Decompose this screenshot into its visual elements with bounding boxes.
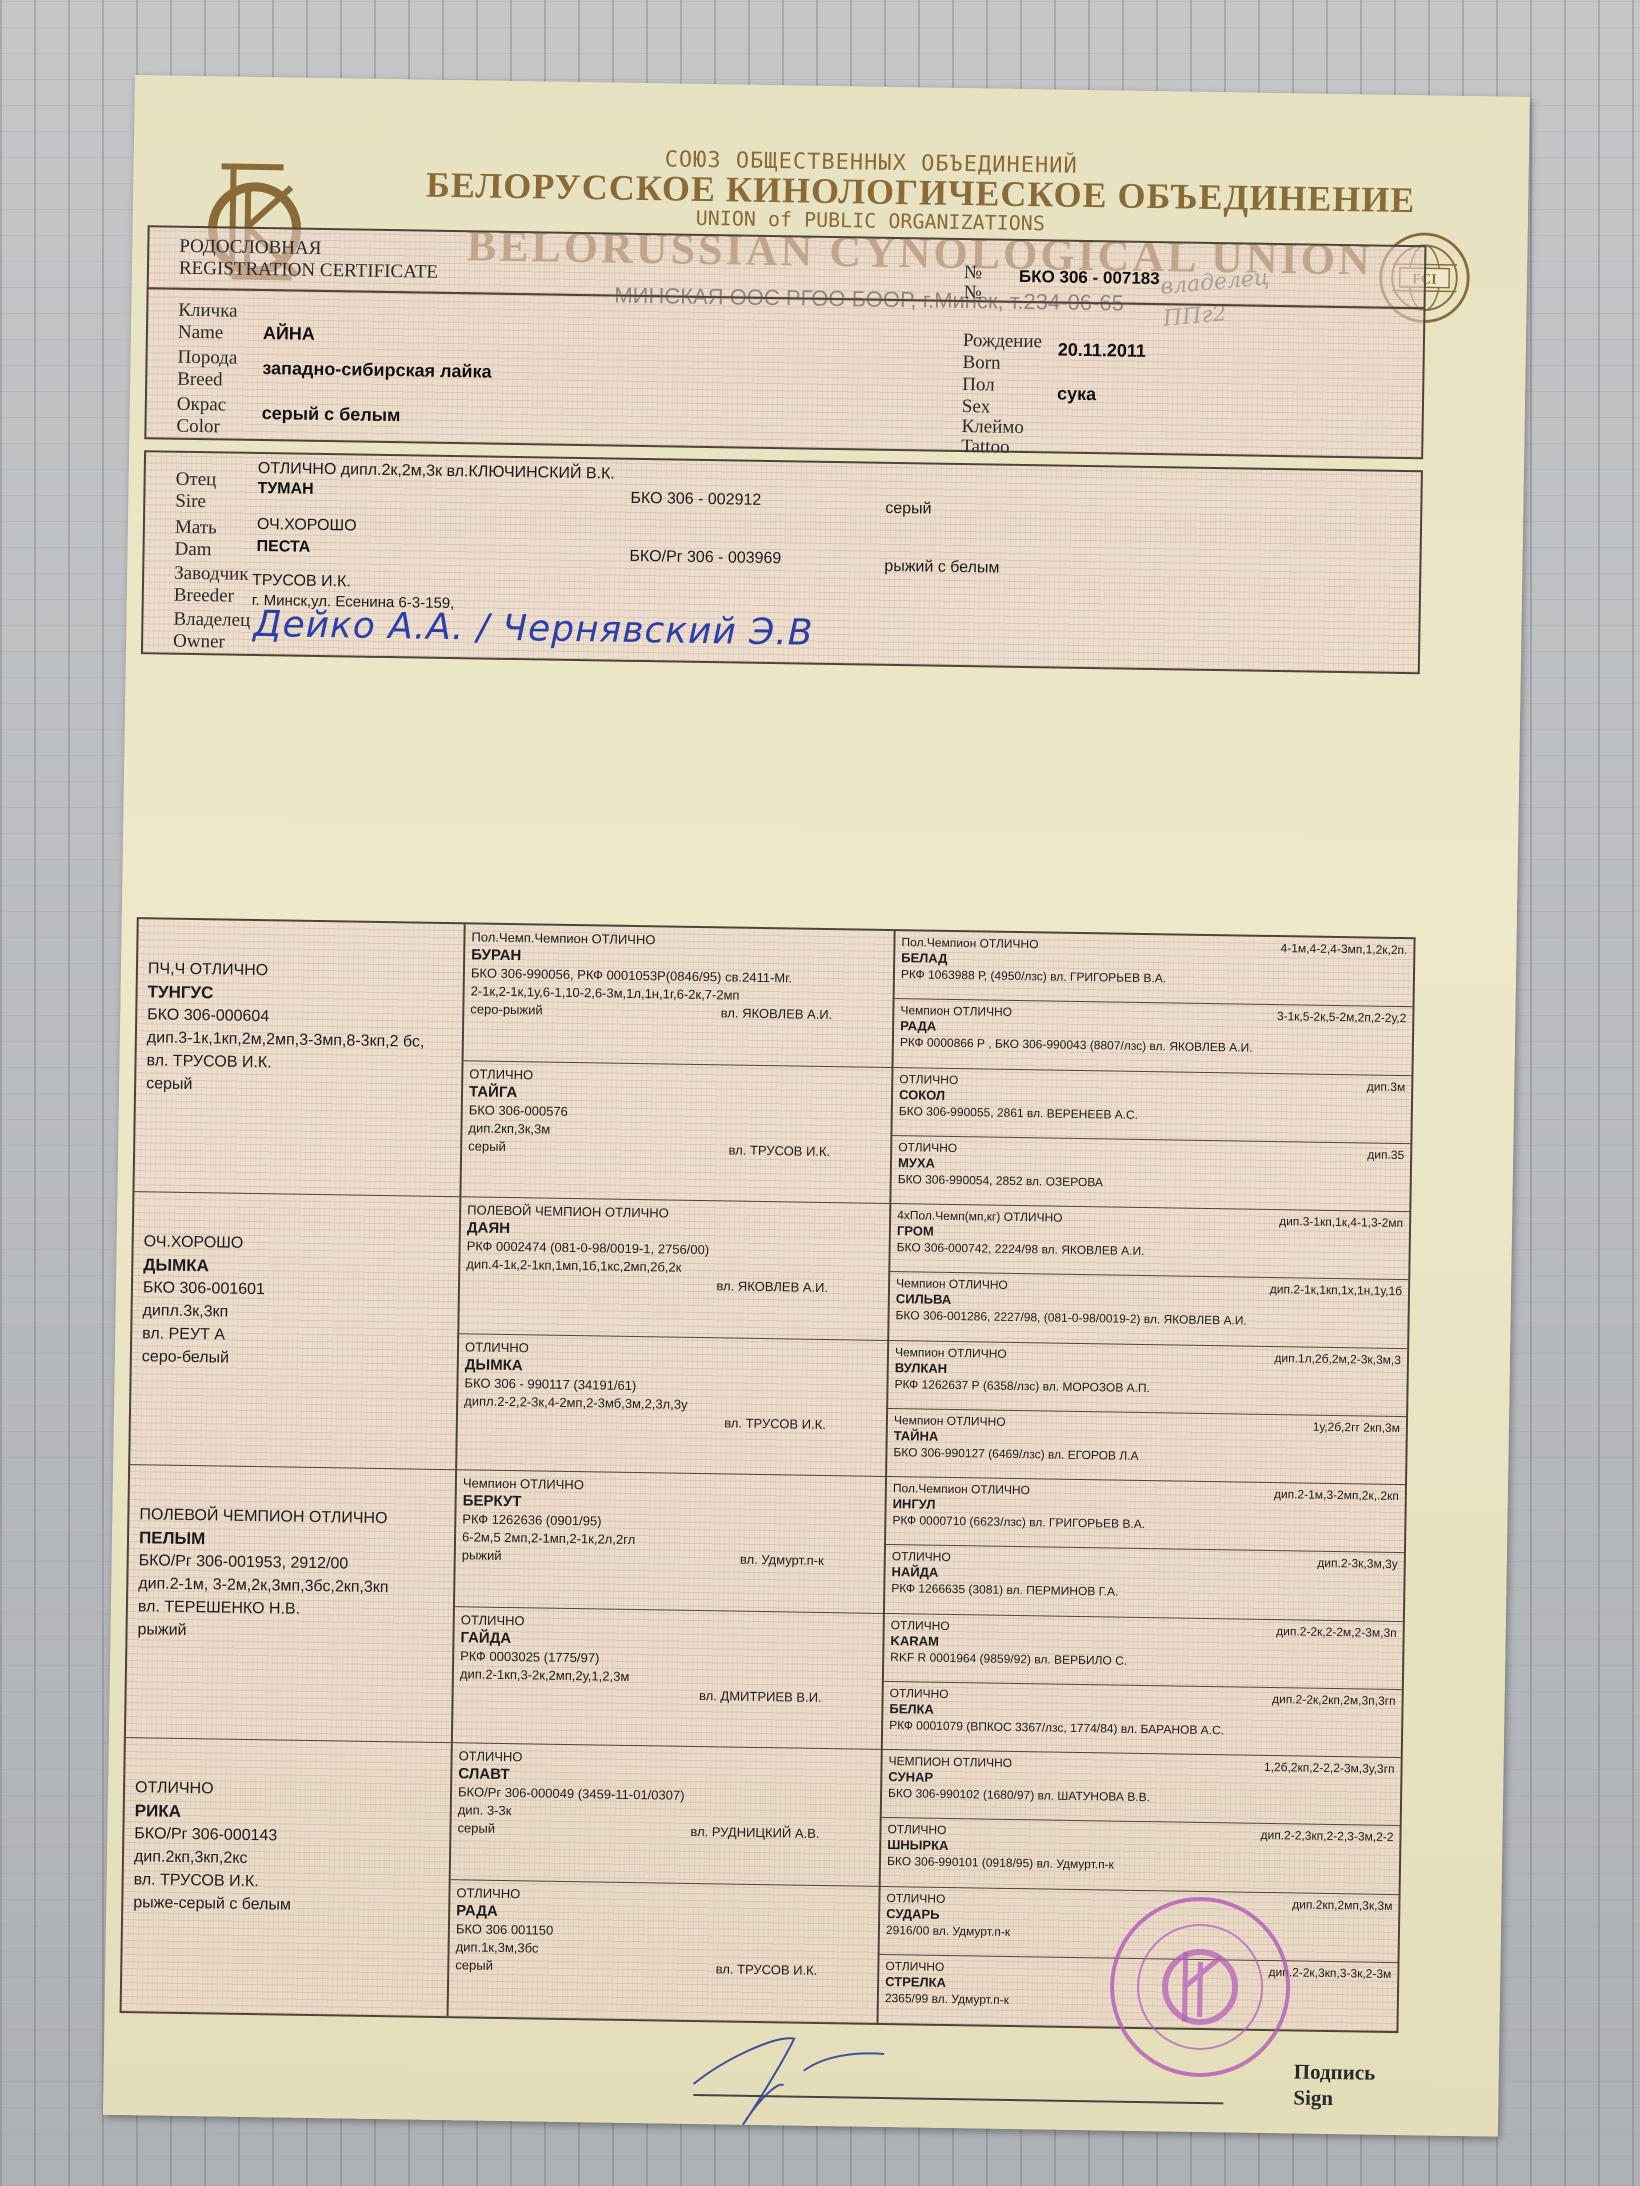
- pedigree-grandparent: ОТЛИЧНО РАДА БКО 306 001150 дип.1к,3м,3б…: [447, 1880, 879, 2023]
- pedigree-great-grandparent: 4хПол.Чемп(мп,кг) ОТЛИЧНОдип.3-1кп,1к,4-…: [888, 1204, 1409, 1280]
- pedigree-great-grandparent: Чемпион ОТЛИЧНО1у,2б,2гг 2кп,3мТАЙНАБКО …: [885, 1409, 1406, 1485]
- pedigree-great-grandparent: ОТЛИЧНОдип.3мСОКОЛБКО 306-990055, 2861 в…: [890, 1068, 1411, 1144]
- pedigree-parent: ОЧ.ХОРОШО ДЫМКА БКО 306-001601 дипл.3к,3…: [130, 1192, 459, 1470]
- dog-birth-date: 20.11.2011: [1058, 340, 1146, 362]
- dam-reg: БКО/Рг 306 - 003969: [629, 548, 781, 568]
- sign-label: Подпись Sign: [1293, 2058, 1375, 2111]
- dog-color: серый с белым: [262, 403, 401, 426]
- dog-breed: западно-сибирская лайка: [262, 358, 492, 383]
- pedigree-great-grandparent: Чемпион ОТЛИЧНОдип.2-1к,1кп,1х,1н,1у,1бС…: [887, 1272, 1408, 1349]
- breeder-name: ТРУСОВ И.К.: [252, 572, 351, 592]
- certificate-footer: Подпись Sign: [103, 2015, 1499, 2137]
- pedigree-grandparent: ПОЛЕВОЙ ЧЕМПИОН ОТЛИЧНО ДАЯН РКФ 0002474…: [457, 1197, 889, 1341]
- dog-sex: сука: [1057, 384, 1096, 406]
- pedigree-grandparent: ОТЛИЧНО ТАЙГА БКО 306-000576 дип.2кп,3к,…: [459, 1061, 891, 1204]
- dam-color: рыжий с белым: [884, 558, 999, 578]
- dog-info-box: Кличка Name АЙНА Порода Breed западно-си…: [144, 287, 1425, 459]
- pedigree-table: ПЧ,Ч ОТЛИЧНО ТУНГУС БКО 306-000604 дип.3…: [120, 917, 1416, 2033]
- pedigree-great-grandparent: Пол.Чемпион ОТЛИЧНОдип.2-1м,3-2мп,2к,.2к…: [884, 1477, 1405, 1553]
- pedigree-grandparent: ОТЛИЧНО СЛАВТ БКО/Рг 306-000049 (3459-11…: [449, 1743, 881, 1887]
- owner-handwritten: Дейко А.А. / Чернявский Э.В: [253, 604, 814, 654]
- dam-name: ПЕСТА: [256, 538, 310, 557]
- title-en: REGISTRATION CERTIFICATE: [179, 258, 438, 284]
- pedigree-great-grandparent: ОТЛИЧНОдип.2-2к,2кп,2м,3п,3гпБЕЛКАРКФ 00…: [881, 1682, 1402, 1758]
- certificate-number: БКО 306 - 007183: [1019, 267, 1160, 289]
- pedigree-col-grandparents: Пол.Чемп.Чемпион ОТЛИЧНО БУРАН БКО 306-9…: [447, 924, 896, 2023]
- pedigree-parent: ПЧ,Ч ОТЛИЧНО ТУНГУС БКО 306-000604 дип.3…: [134, 919, 463, 1197]
- pedigree-great-grandparent: ОТЛИЧНОдип.2-2к,2-2м,2-3м,3пKARAMRKF R 0…: [882, 1614, 1403, 1690]
- signature-icon: [683, 2029, 905, 2132]
- pedigree-great-grandparent: Чемпион ОТЛИЧНО3-1к,5-2к,5-2м,2п,2-2у,2Р…: [891, 999, 1412, 1076]
- pedigree-grandparent: ОТЛИЧНО ДЫМКА БКО 306 - 990117 (34191/61…: [455, 1334, 887, 1477]
- pedigree-col-great-grandparents: Пол.Чемпион ОТЛИЧНО4-1м,4-2,4-3мп,1,2к,2…: [876, 931, 1413, 2031]
- pedigree-col-parents: ПЧ,Ч ОТЛИЧНО ТУНГУС БКО 306-000604 дип.3…: [122, 919, 466, 2016]
- pedigree-great-grandparent: Чемпион ОТЛИЧНОдип.1л,2б,2м,2-3к,3м,3ВУЛ…: [886, 1341, 1407, 1417]
- title-ru: РОДОСЛОВНАЯ: [179, 236, 321, 260]
- pedigree-great-grandparent: ОТЛИЧНОдип.2-2,3кп,2-2,3-3м,2-2ШНЫРКАБКО…: [879, 1818, 1400, 1895]
- stamp-icon: [1104, 1890, 1297, 2083]
- pedigree-grandparent: ОТЛИЧНО ГАЙДА РКФ 0003025 (1775/97) дип.…: [451, 1607, 883, 1750]
- pedigree-great-grandparent: ОТЛИЧНОдип.2-3к,3м,3уНАЙДАРКФ 1266635 (3…: [883, 1545, 1404, 1622]
- pedigree-grandparent: Пол.Чемп.Чемпион ОТЛИЧНО БУРАН БКО 306-9…: [462, 924, 894, 1068]
- sire-reg: БКО 306 - 002912: [630, 490, 761, 510]
- pedigree-great-grandparent: ЧЕМПИОН ОТЛИЧНО1,2б,2кп,2-2,2-3м,3у,3гпС…: [880, 1750, 1401, 1826]
- pedigree-great-grandparent: Пол.Чемпион ОТЛИЧНО4-1м,4-2,4-3мп,1,2к,2…: [893, 931, 1414, 1007]
- pedigree-certificate: СОЮЗ ОБЩЕСТВЕННЫХ ОБЪЕДИНЕНИЙ БЕЛОРУССКО…: [103, 75, 1530, 2137]
- pedigree-great-grandparent: ОТЛИЧНОдип.35МУХАБКО 306-990054, 2852 вл…: [889, 1136, 1410, 1212]
- dam-title: ОЧ.ХОРОШО: [257, 516, 357, 536]
- sire-name: ТУМАН: [257, 480, 313, 499]
- sire-color: серый: [885, 500, 932, 519]
- pedigree-parent: ОТЛИЧНО РИКА БКО/Рг 306-000143 дип.2кп,3…: [122, 1738, 451, 2016]
- parents-box: Отец Sire ОТЛИЧНО дипл.2к,2м,3к вл.КЛЮЧИ…: [141, 450, 1423, 674]
- pedigree-grandparent: Чемпион ОТЛИЧНО БЕРКУТ РКФ 1262636 (0901…: [453, 1470, 885, 1614]
- pedigree-parent: ПОЛЕВОЙ ЧЕМПИОН ОТЛИЧНО ПЕЛЫМ БКО/Рг 306…: [126, 1465, 455, 1743]
- dog-name: АЙНА: [263, 323, 315, 345]
